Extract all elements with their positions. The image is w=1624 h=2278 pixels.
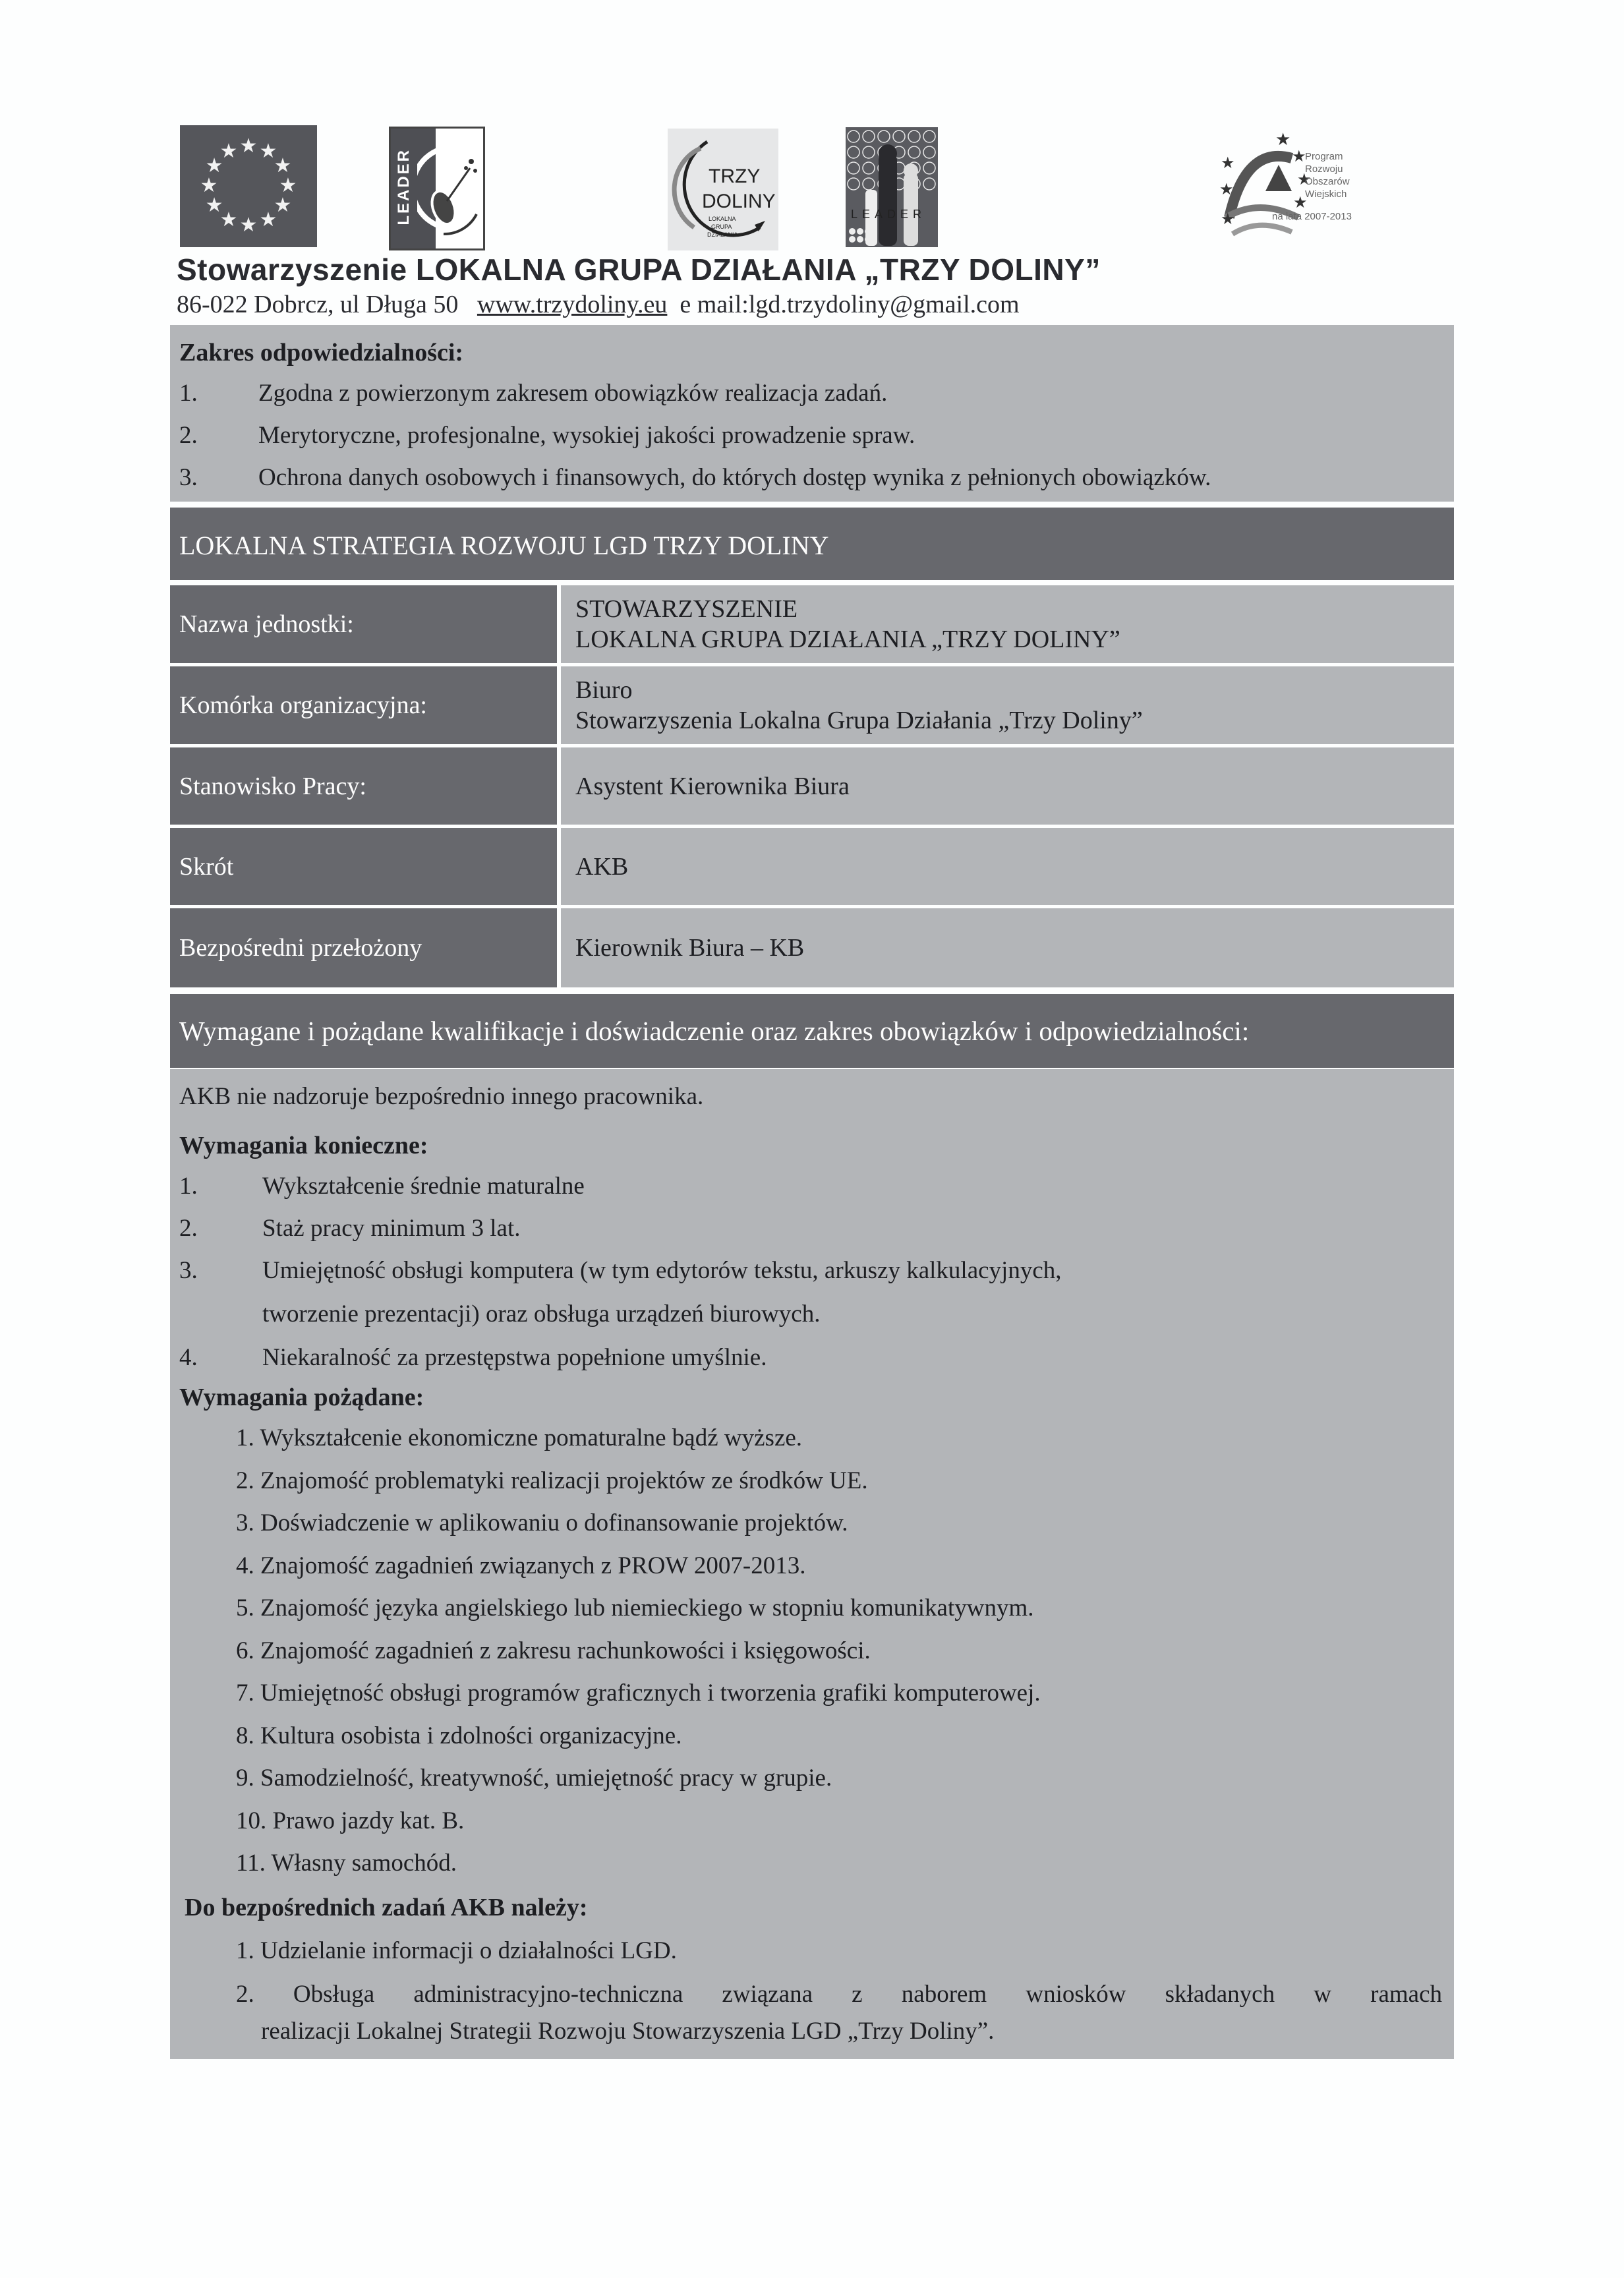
leader-logo-icon: LEADER — [389, 127, 485, 250]
item-text: Staż pracy minimum 3 lat. — [262, 1215, 521, 1242]
list-item: 11. Własny samochód. — [236, 1849, 457, 1877]
star-icon: ★ — [204, 196, 224, 216]
strategy-heading: LOKALNA STRATEGIA ROZWOJU LGD TRZY DOLIN… — [179, 530, 829, 561]
org-address-line: 86-022 Dobrcz, ul Długa 50 www.trzydolin… — [177, 290, 1020, 319]
item-number: 1. — [179, 379, 258, 407]
star-icon: ★ — [273, 156, 293, 176]
row-label-abbreviation: Skrót — [170, 828, 557, 905]
svg-text:★: ★ — [1221, 155, 1235, 172]
email: e mail:lgd.trzydoliny@gmail.com — [680, 291, 1019, 318]
row-value-position: Asystent Kierownika Biura — [561, 747, 1454, 825]
desired-heading: Wymagania pożądane: — [179, 1383, 424, 1412]
row-label-position: Stanowisko Pracy: — [170, 747, 557, 825]
list-item: 8. Kultura osobista i zdolności organiza… — [236, 1722, 681, 1750]
value-line: STOWARZYSZENIE — [575, 594, 1454, 624]
required-heading: Wymagania konieczne: — [179, 1131, 428, 1160]
list-item: 2.Staż pracy minimum 3 lat. — [179, 1214, 521, 1242]
duties-heading: Do bezpośrednich zadań AKB należy: — [185, 1893, 588, 1922]
row-value-abbreviation: AKB — [561, 828, 1454, 905]
prow-logo-text: Program Rozwoju Obszarów Wiejskich — [1305, 150, 1350, 200]
list-item: 4.Niekaralność za przestępstwa popełnion… — [179, 1343, 767, 1372]
list-item: 4. Znajomość zagadnień związanych z PROW… — [236, 1552, 805, 1580]
row-label-org-unit: Komórka organizacyjna: — [170, 666, 557, 744]
item-number: 2. — [179, 1214, 262, 1242]
svg-text:TRZY: TRZY — [709, 165, 760, 187]
item-text: Wykształcenie średnie maturalne — [262, 1173, 585, 1200]
strategy-heading-bar: LOKALNA STRATEGIA ROZWOJU LGD TRZY DOLIN… — [170, 508, 1454, 580]
qualifications-heading: Wymagane i pożądane kwalifikacje i doświ… — [179, 1015, 1249, 1047]
star-icon: ★ — [219, 142, 239, 161]
supervision-note: AKB nie nadzoruje bezpośrednio innego pr… — [179, 1082, 703, 1111]
eu-flag-icon: ★★★★★★★★★★★★ — [180, 125, 317, 247]
item-text: Umiejętność obsługi komputera (w tym edy… — [262, 1257, 1062, 1284]
list-item: 2. Znajomość problematyki realizacji pro… — [236, 1467, 868, 1495]
item-number: 2. — [179, 421, 258, 450]
star-icon: ★ — [199, 176, 219, 196]
row-value-unit-name: STOWARZYSZENIE LOKALNA GRUPA DZIAŁANIA „… — [561, 585, 1454, 663]
value-line: Biuro — [575, 675, 1454, 705]
qualifications-heading-bar: Wymagane i pożądane kwalifikacje i doświ… — [170, 994, 1454, 1068]
svg-text:★: ★ — [1221, 211, 1235, 228]
duty-item: 1. Udzielanie informacji o działalności … — [236, 1937, 677, 1965]
duty-item: 2. Obsługa administracyjno-techniczna zw… — [236, 1980, 1442, 2008]
item-text: Ochrona danych osobowych i finansowych, … — [258, 464, 1211, 491]
value-line: AKB — [575, 852, 1454, 882]
svg-text:DOLINY: DOLINY — [702, 190, 776, 212]
item-number: 4. — [179, 1343, 262, 1372]
list-item: 2.Merytoryczne, profesjonalne, wysokiej … — [179, 421, 915, 450]
leader-logo-text: LEADER — [395, 148, 415, 225]
star-icon: ★ — [239, 216, 258, 235]
row-value-org-unit: Biuro Stowarzyszenia Lokalna Grupa Dział… — [561, 666, 1454, 744]
star-icon: ★ — [278, 176, 298, 196]
leader-people-logo-icon: LEADER — [846, 127, 938, 247]
list-item: 3. Doświadczenie w aplikowaniu o dofinan… — [236, 1509, 848, 1537]
prow-years: na lata 2007-2013 — [1272, 211, 1352, 222]
duty-item-continuation: realizacji Lokalnej Strategii Rozwoju St… — [261, 2017, 994, 2045]
star-icon: ★ — [258, 210, 278, 230]
value-line: Kierownik Biura – KB — [575, 933, 1454, 963]
prow-line: Obszarów — [1305, 175, 1350, 188]
svg-text:DZIAŁANIA: DZIAŁANIA — [707, 231, 738, 238]
svg-text:★: ★ — [1292, 148, 1306, 165]
responsibility-heading: Zakres odpowiedzialności: — [179, 338, 463, 367]
row-label-supervisor: Bezpośredni przełożony — [170, 908, 557, 987]
org-title: Stowarzyszenie LOKALNA GRUPA DZIAŁANIA „… — [177, 252, 1101, 287]
svg-text:LEADER: LEADER — [851, 208, 926, 221]
list-item: 3.Umiejętność obsługi komputera (w tym e… — [179, 1256, 1062, 1285]
item-text: Merytoryczne, profesjonalne, wysokiej ja… — [258, 422, 915, 449]
svg-text:GRUPA: GRUPA — [711, 223, 732, 230]
list-item: 9. Samodzielność, kreatywność, umiejętno… — [236, 1764, 832, 1792]
responsibility-section: Zakres odpowiedzialności: 1.Zgodna z pow… — [170, 325, 1454, 502]
list-item: 1.Zgodna z powierzonym zakresem obowiązk… — [179, 379, 887, 407]
address: 86-022 Dobrcz, ul Długa 50 — [177, 291, 458, 318]
list-item: 3.Ochrona danych osobowych i finansowych… — [179, 463, 1211, 492]
value-line: Stowarzyszenia Lokalna Grupa Działania „… — [575, 705, 1454, 736]
star-icon: ★ — [239, 136, 258, 156]
list-item: 1.Wykształcenie średnie maturalne — [179, 1172, 585, 1200]
list-item: 7. Umiejętność obsługi programów graficz… — [236, 1679, 1041, 1707]
website-link[interactable]: www.trzydoliny.eu — [477, 291, 667, 318]
item-number: 1. — [179, 1172, 262, 1200]
item-text: Niekaralność za przestępstwa popełnione … — [262, 1344, 767, 1371]
row-label-unit-name: Nazwa jednostki: — [170, 585, 557, 663]
svg-text:LOKALNA: LOKALNA — [709, 216, 736, 222]
list-item: 6. Znajomość zagadnień z zakresu rachunk… — [236, 1637, 871, 1665]
prow-line: Wiejskich — [1305, 188, 1350, 200]
list-item-continuation: tworzenie prezentacji) oraz obsługa urzą… — [262, 1300, 820, 1328]
item-number: 3. — [179, 1256, 262, 1285]
value-line: LOKALNA GRUPA DZIAŁANIA „TRZY DOLINY” — [575, 624, 1454, 655]
item-number: 3. — [179, 463, 258, 492]
svg-text:★: ★ — [1275, 130, 1290, 149]
list-item: 10. Prawo jazdy kat. B. — [236, 1807, 464, 1835]
prow-line: Program — [1305, 150, 1350, 163]
list-item: 5. Znajomość języka angielskiego lub nie… — [236, 1594, 1034, 1622]
list-item: 1. Wykształcenie ekonomiczne pomaturalne… — [236, 1424, 802, 1452]
prow-line: Rozwoju — [1305, 163, 1350, 175]
row-value-supervisor: Kierownik Biura – KB — [561, 908, 1454, 987]
trzy-doliny-logo-icon: TRZY DOLINY LOKALNA GRUPA DZIAŁANIA — [668, 129, 778, 250]
item-text: Zgodna z powierzonym zakresem obowiązków… — [258, 380, 887, 407]
prow-logo-icon: ★ ★ ★ ★ ★ ★ ★ Program Rozwoju Obszarów W… — [1219, 119, 1417, 250]
svg-text:★: ★ — [1219, 181, 1234, 198]
value-line: Asystent Kierownika Biura — [575, 771, 1454, 802]
qualifications-section: AKB nie nadzoruje bezpośrednio innego pr… — [170, 1069, 1454, 2059]
